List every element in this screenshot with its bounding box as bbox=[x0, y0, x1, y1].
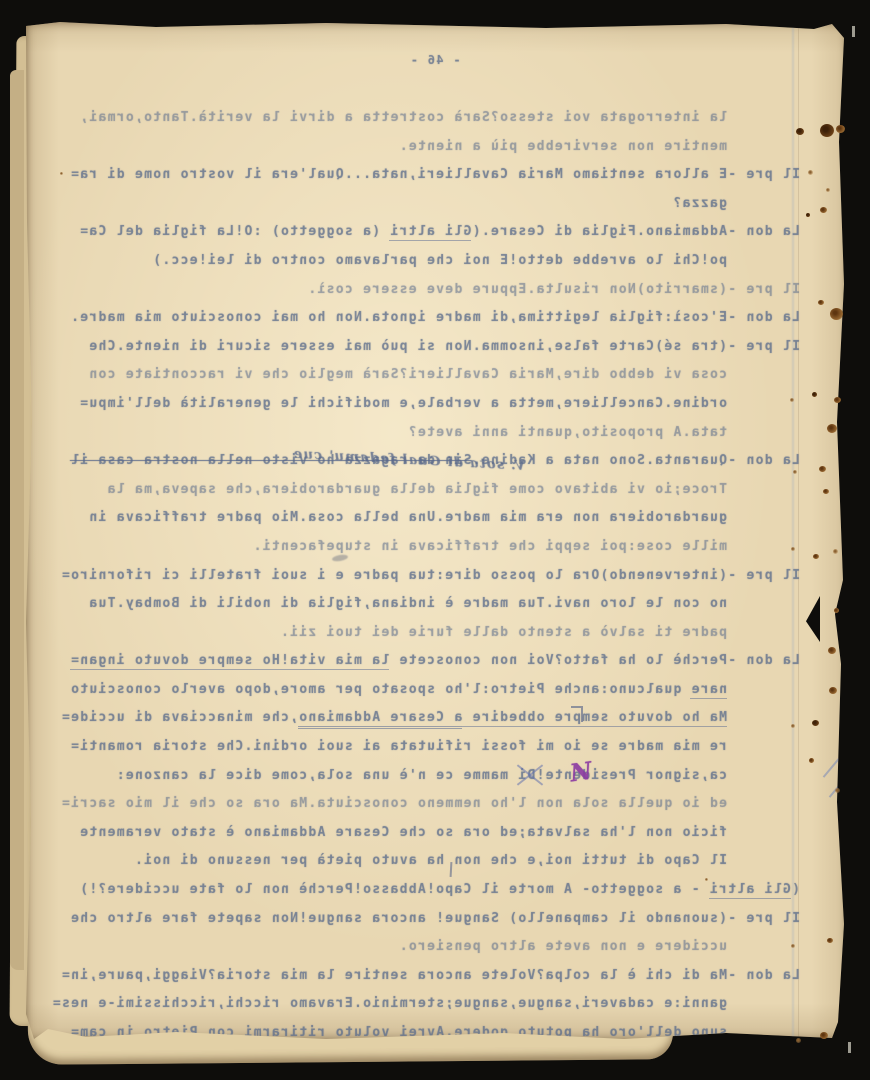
text-segment: Il pre -(smarrito)Non risulta.Eppure dev… bbox=[307, 282, 800, 297]
paper-stain bbox=[823, 489, 829, 494]
typewritten-line: ca,signor Presidente!Di mamme ce n'è una… bbox=[40, 762, 800, 791]
typewritten-line: no con le loro navi.Tua madre è indiana,… bbox=[40, 590, 800, 619]
underlined-text: Gli altri bbox=[389, 224, 471, 241]
typewritten-line: guardarobiera non era mia madre.Una bell… bbox=[40, 504, 800, 533]
typewritten-line: Il pre -(suonando il campanello) Sangue!… bbox=[40, 905, 800, 934]
paper-stain bbox=[812, 720, 819, 726]
paper-stain bbox=[809, 758, 814, 763]
text-segment: (a soggetto) :O!La figlia del Ca= bbox=[79, 224, 389, 239]
typewritten-line: cosa vi debbo dire,Maria Cavallieri?Sarà… bbox=[40, 361, 800, 390]
paper-stain bbox=[60, 172, 63, 175]
paper-stain bbox=[705, 878, 708, 881]
paper-stain bbox=[791, 944, 795, 948]
paper-stain bbox=[808, 170, 813, 175]
typewritten-line: Il pre -(tra sé)Carte false,insomma.Non … bbox=[40, 333, 800, 362]
typewritten-line: La don -E'così:figlia legittima,di madre… bbox=[40, 304, 800, 333]
paper-stain bbox=[820, 207, 827, 213]
typewritten-line: La don -Ma di chi è la colpa?Volete anco… bbox=[40, 962, 800, 991]
typewritten-line: Ma ho dovuto sempre obbedire a Cesare Ad… bbox=[40, 704, 800, 733]
text-segment: Il pre -(tra sé)Carte false,insomma.Non … bbox=[88, 339, 800, 354]
text-segment: - a soggetto- A morte il Capo!Abbasso!Pe… bbox=[79, 882, 709, 897]
text-segment: La don -E'così:figlia legittima,di madre… bbox=[70, 310, 800, 325]
typewritten-line: Il pre -(smarrito)Non risulta.Eppure dev… bbox=[40, 276, 800, 305]
text-segment: Il pre -E allora sentiamo Maria Cavallie… bbox=[70, 167, 800, 182]
text-segment: cosa vi debbo dire,Maria Cavallieri?Sarà… bbox=[88, 367, 727, 382]
paper-stain bbox=[830, 308, 843, 320]
typewritten-body: la interrogata voi stesso?Sarà costretta… bbox=[40, 104, 800, 1048]
text-segment: La don -Perchè lo ha fatto?Voi non conos… bbox=[389, 653, 800, 668]
underlined-text: a Cesare Addamiano bbox=[298, 710, 462, 729]
paper-stain bbox=[806, 213, 810, 217]
text-segment: po!Chi lo avrebbe detto!E noi che parlav… bbox=[152, 253, 727, 268]
typewritten-line: mentire non servirebbe più a niente. bbox=[40, 133, 800, 162]
typewritten-line: ordine.Cancelliere,metta a verbale,e mod… bbox=[40, 390, 800, 419]
text-segment: Il pre -(intervenendo)Ora lo posso dire:… bbox=[61, 568, 800, 583]
typewritten-line: ed io quella sola non l'ho nemmeno conos… bbox=[40, 790, 800, 819]
typewritten-line: re mia madre se io mi fossi rifiutata ai… bbox=[40, 733, 800, 762]
paper-stain bbox=[820, 124, 834, 137]
text-segment: tata.A proposito,quanti anni avete? bbox=[408, 425, 727, 440]
typewritten-line: (Gli altri - a soggetto- A morte il Capo… bbox=[40, 876, 800, 905]
typewritten-line: Il pre -(intervenendo)Ora lo posso dire:… bbox=[40, 562, 800, 591]
typewritten-line: mille cose:poi seppi che trafficava in s… bbox=[40, 533, 800, 562]
paper-stain bbox=[790, 398, 794, 402]
typewritten-line: La don -Perchè lo ha fatto?Voi non conos… bbox=[40, 647, 800, 676]
page-number: - 46 - bbox=[55, 50, 815, 70]
text-segment: ed io quella sola non l'ho nemmeno conos… bbox=[61, 796, 727, 811]
typewritten-line: La don -Addamiano.Figlia di Cesare.(Gli … bbox=[40, 218, 800, 247]
text-segment: Troce;io vi abitavo come figlia della gu… bbox=[106, 482, 727, 497]
text-segment: mille cose:poi seppi che trafficava in s… bbox=[252, 539, 727, 554]
typewritten-line: padre ti salvò a stento dalle furie dei … bbox=[40, 619, 800, 648]
typewritten-line: Il Capo di tutti noi,e che non ha avuto … bbox=[40, 847, 800, 876]
typewritten-line: nare qualcuno:anche Pietro:l'ho sposato … bbox=[40, 676, 800, 705]
paper-stain bbox=[829, 687, 837, 694]
typewritten-line: la interrogata voi stesso?Sarà costretta… bbox=[40, 104, 800, 133]
text-segment: no con le loro navi.Tua madre è indiana,… bbox=[88, 596, 727, 611]
paper-stain bbox=[813, 554, 819, 559]
text-segment: gazza? bbox=[672, 196, 727, 211]
paper-stain bbox=[833, 549, 838, 554]
paper-stain bbox=[791, 724, 795, 728]
purple-pen-correction: N bbox=[568, 756, 594, 788]
underlined-text: Gli altri bbox=[709, 882, 791, 899]
text-segment: qualcuno:anche Pietro:l'ho sposato per a… bbox=[70, 682, 691, 697]
text-segment: re mia madre se io mi fossi rifiutata ai… bbox=[70, 739, 727, 754]
typewritten-line: uccidere e non avete altro pensiero. bbox=[40, 933, 800, 962]
text-segment: ca,signor Presidente!Di mamme ce n'è una… bbox=[116, 768, 728, 783]
typewritten-line: Troce;io vi abitavo come figlia della gu… bbox=[40, 476, 800, 505]
text-segment: ,che minacciava di uccide= bbox=[61, 710, 298, 725]
typewritten-line: tata.A proposito,quanti anni avete? bbox=[40, 419, 800, 448]
paper-stain bbox=[791, 547, 795, 551]
text-segment: ganni:e cadaveri,sangue,sangue;sterminio… bbox=[52, 996, 727, 1011]
text-segment: ordine.Cancelliere,metta a verbale,e mod… bbox=[79, 396, 727, 411]
text-segment: La don -Addamiano.Figlia di Cesare.( bbox=[471, 224, 800, 239]
text-segment: ficio non l'ha salvata;ed ora so che Ces… bbox=[79, 825, 727, 840]
paper-stain bbox=[827, 938, 833, 943]
paper-stain bbox=[827, 424, 837, 433]
under-sheet-left-edge-2 bbox=[10, 70, 24, 970]
underlined-text: nare bbox=[690, 682, 727, 699]
paper-stain bbox=[796, 128, 804, 135]
blue-pencil-cross-icon bbox=[514, 759, 546, 791]
paper-stain bbox=[826, 188, 830, 192]
underlined-text: la mia vita!Ho sempre dovuto ingan= bbox=[70, 653, 389, 670]
text-segment: Il Capo di tutti noi,e che non ha avuto … bbox=[134, 853, 727, 868]
text-segment: mentire non servirebbe più a niente. bbox=[398, 139, 727, 154]
paper-stain bbox=[835, 788, 840, 793]
text-segment: Il pre -(suonando il campanello) Sangue!… bbox=[70, 911, 800, 926]
edge-registration-tick bbox=[848, 1042, 851, 1053]
typewritten-line: gazza? bbox=[40, 190, 800, 219]
typewritten-line: ganni:e cadaveri,sangue,sangue;sterminio… bbox=[40, 990, 800, 1019]
scanned-document-view: - 46 - la interrogata voi stesso?Sarà co… bbox=[0, 0, 870, 1080]
paper-stain bbox=[812, 392, 817, 397]
pen-bracket-mark bbox=[571, 706, 583, 722]
paper-stain bbox=[834, 397, 841, 403]
text-segment: la interrogata voi stesso?Sarà costretta… bbox=[79, 110, 727, 125]
paper-stain bbox=[818, 300, 824, 305]
text-segment: La don -Ma di chi è la colpa?Volete anco… bbox=[61, 968, 800, 983]
paper-stain bbox=[796, 1038, 801, 1043]
paper-stain bbox=[836, 125, 845, 133]
paper-stain bbox=[793, 470, 797, 474]
edge-registration-tick bbox=[852, 26, 855, 37]
paper-stain bbox=[828, 647, 836, 654]
typewritten-line: Il pre -E allora sentiamo Maria Cavallie… bbox=[40, 161, 800, 190]
text-segment: guardarobiera non era mia madre.Una bell… bbox=[88, 510, 727, 525]
paper-stain bbox=[819, 466, 826, 472]
paper-stain bbox=[834, 608, 839, 613]
underlined-text: Ma ho dovuto sempre obbedire bbox=[462, 710, 727, 727]
mirrored-typewritten-text-layer: - 46 - la interrogata voi stesso?Sarà co… bbox=[40, 50, 800, 1048]
paper-stain bbox=[820, 1032, 828, 1039]
text-segment: ( bbox=[791, 882, 800, 897]
typewritten-line: po!Chi lo avrebbe detto!E noi che parlav… bbox=[40, 247, 800, 276]
text-segment: uccidere e non avete altro pensiero. bbox=[398, 939, 727, 954]
typewritten-line: ficio non l'ha salvata;ed ora so che Ces… bbox=[40, 819, 800, 848]
text-segment: padre ti salvò a stento dalle furie dei … bbox=[280, 625, 727, 640]
scan-page: - 46 - la interrogata voi stesso?Sarà co… bbox=[26, 22, 844, 1044]
